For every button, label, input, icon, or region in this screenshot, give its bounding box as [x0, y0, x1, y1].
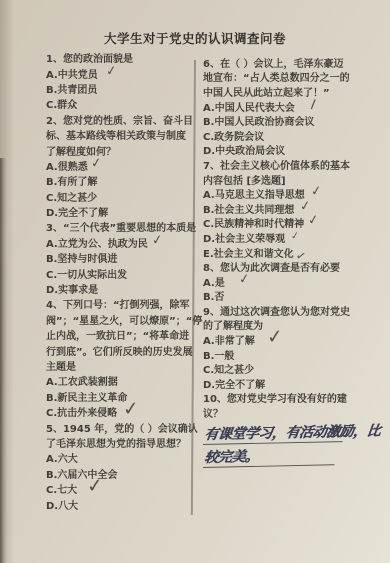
option-line: D.完全不了解: [46, 204, 192, 219]
questionnaire-photo: 大学生对于党史的认识调查问卷 1、您的政治面貌是 A.中共党员✓ B.共青团员 …: [0, 0, 390, 563]
option-line: A.非常了解✓: [203, 332, 385, 347]
slash-mark-icon: ∕: [310, 97, 315, 111]
option-line: B.六届六中全会: [46, 466, 192, 481]
checkmark-icon: ✓: [151, 232, 164, 248]
question-line: 了解程度如何？: [46, 142, 192, 157]
checkmark-icon: ✓: [122, 397, 140, 420]
question-line: 标、基本路线等相关政策与制度: [46, 127, 192, 142]
option-line: C.一切从实际出发: [46, 265, 192, 280]
left-column: 1、您的政治面貌是 A.中共党员✓ B.共青团员 C.群众 2、您对党的性质、宗…: [46, 50, 192, 512]
question-line: 6、在（ ）会议上，毛泽东豪迈: [203, 55, 385, 70]
option-line: A.很熟悉✓: [46, 158, 192, 173]
option-line: D.中央政治局会议: [203, 143, 385, 158]
option-line: A.六大: [46, 450, 192, 465]
checkmark-icon: ✓: [307, 213, 320, 229]
question-line: 10、您对党史学习有没有好的建: [203, 391, 385, 406]
checkmark-icon: ✓: [90, 155, 103, 171]
question-line: 2、您对党的性质、宗旨、奋斗目: [46, 112, 192, 127]
photo-left-shading: [0, 0, 14, 563]
option-line: B.否: [203, 289, 385, 304]
question-line: 4、下列口号：“打倒列强，除军: [46, 296, 192, 311]
handwritten-answer-line-2: 较完美。: [203, 442, 337, 468]
option-line: A.中共党员✓: [46, 65, 192, 80]
question-line: 5、1945 年，党的（ ）会议确认: [46, 419, 192, 434]
checkmark-icon: ✓: [86, 474, 104, 497]
option-line: C.七大✓: [46, 481, 192, 496]
option-line: B.坚持与时俱进: [46, 250, 192, 265]
right-column: 6、在（ ）会议上，毛泽东豪迈 地宣布：“占人类总数四分之一的 中国人民从此站立…: [203, 55, 385, 468]
option-line: D.八大: [46, 496, 192, 511]
option-line: D.完全不了解: [203, 376, 385, 391]
option-line: C.知之甚少: [46, 189, 192, 204]
option-line: C.政务院会议: [203, 128, 385, 143]
option-line: A.中国人民代表大会∕: [203, 99, 385, 114]
question-line: 内容包括 [多选题]: [203, 172, 385, 187]
option-line: B.共青团员: [46, 81, 192, 96]
question-line: 主题是: [46, 358, 192, 373]
question-line: 止内战，一致抗日”；“将革命进: [46, 327, 192, 342]
option-line: A.马克思主义指导思想✓: [203, 186, 385, 201]
checkmark-icon: ✓: [299, 198, 312, 214]
option-line: C.民族精神和时代精神✓: [203, 216, 385, 231]
option-line: B.中国人民政治协商会议: [203, 113, 385, 128]
question-line: 阀”；“星星之火，可以燎原”；“停: [46, 312, 192, 327]
option-line: B.一般: [203, 347, 385, 362]
option-line: C.知之甚少: [203, 361, 385, 376]
option-line: A.工农武装割据: [46, 373, 192, 388]
option-line: B.新民主主义革命: [46, 389, 192, 404]
checkmark-icon: ✓: [266, 325, 284, 348]
option-line: B.社会主义共同理想✓: [203, 201, 385, 216]
option-line: C.群众: [46, 96, 192, 111]
question-line: 议？: [203, 405, 385, 420]
question-line: 1、您的政治面貌是: [46, 50, 192, 65]
question-line: 了毛泽东思想为党的指导思想？: [46, 435, 192, 450]
option-line: C.抗击外来侵略✓: [46, 404, 192, 419]
option-line: A.立党为公、执政为民✓: [46, 235, 192, 250]
question-line: 9、通过这次调查您认为您对党史: [203, 303, 385, 318]
checkmark-icon: ✓: [105, 63, 118, 79]
handwritten-answer-line-1: 有课堂学习，有活动激励，比: [203, 420, 345, 445]
option-line: E.社会主义和谐文化✓: [203, 245, 385, 260]
option-line: B.有所了解: [46, 173, 192, 188]
photo-left-edge: [0, 158, 7, 563]
question-line: 中国人民从此站立起来了！”: [203, 84, 385, 99]
checkmark-icon: ✓: [310, 183, 323, 199]
option-line: A.是✓: [203, 274, 385, 289]
question-line: 的了解程度为: [203, 318, 385, 333]
form-title: 大学生对于党史的认识调查问卷: [0, 29, 390, 47]
option-line: D.实事求是: [46, 281, 192, 296]
question-line: 行到底”。它们所反映的历史发展: [46, 342, 192, 357]
question-line: 地宣布：“占人类总数四分之一的: [203, 70, 385, 85]
checkmark-icon: ✓: [290, 230, 300, 242]
question-line: 3、“三个代表”重要思想的本质是: [46, 219, 192, 234]
option-line: D.社会主义荣辱观✓: [203, 230, 385, 245]
checkmark-icon: ✓: [238, 271, 251, 287]
question-line: 7、社会主义核心价值体系的基本: [203, 157, 385, 172]
